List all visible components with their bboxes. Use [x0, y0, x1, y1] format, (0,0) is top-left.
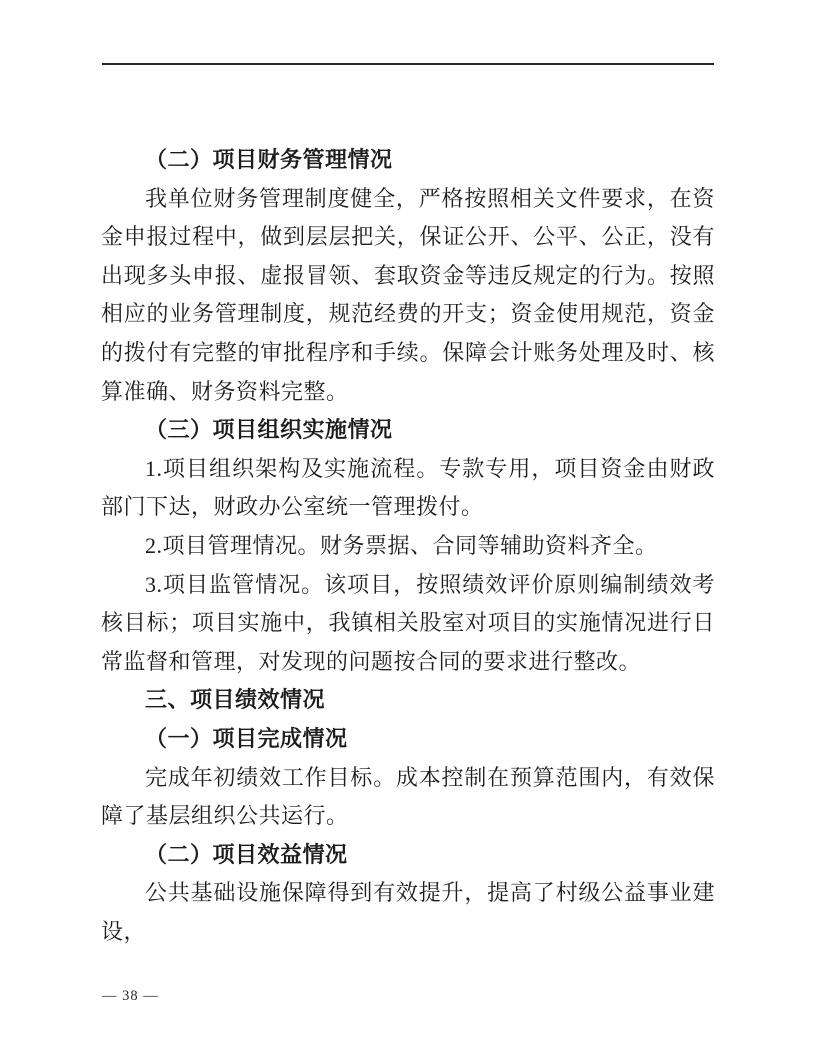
- page-number: — 38 —: [102, 988, 159, 1005]
- heading-project-performance: 三、项目绩效情况: [101, 681, 715, 720]
- paragraph-org-structure: 1.项目组织架构及实施流程。专款专用，项目资金由财政部门下达，财政办公室统一管理…: [101, 450, 715, 527]
- paragraph-completion-status: 完成年初绩效工作目标。成本控制在预算范围内，有效保障了基层组织公共运行。: [101, 759, 715, 836]
- paragraph-benefit-status: 公共基础设施保障得到有效提升，提高了村级公益事业建设，: [101, 874, 715, 951]
- header-divider-rule: [102, 63, 714, 65]
- document-body: （二）项目财务管理情况 我单位财务管理制度健全，严格按照相关文件要求，在资金申报…: [101, 141, 715, 951]
- subheading-project-benefit: （二）项目效益情况: [101, 836, 715, 875]
- subheading-project-completion: （一）项目完成情况: [101, 720, 715, 759]
- subheading-project-implementation: （三）项目组织实施情况: [101, 411, 715, 450]
- paragraph-project-supervision: 3.项目监管情况。该项目，按照绩效评价原则编制绩效考核目标；项目实施中，我镇相关…: [101, 566, 715, 682]
- document-page: （二）项目财务管理情况 我单位财务管理制度健全，严格按照相关文件要求，在资金申报…: [0, 0, 815, 1055]
- subheading-project-finance: （二）项目财务管理情况: [101, 141, 715, 180]
- paragraph-finance-management: 我单位财务管理制度健全，严格按照相关文件要求，在资金申报过程中，做到层层把关，保…: [101, 180, 715, 412]
- paragraph-project-management: 2.项目管理情况。财务票据、合同等辅助资料齐全。: [101, 527, 715, 566]
